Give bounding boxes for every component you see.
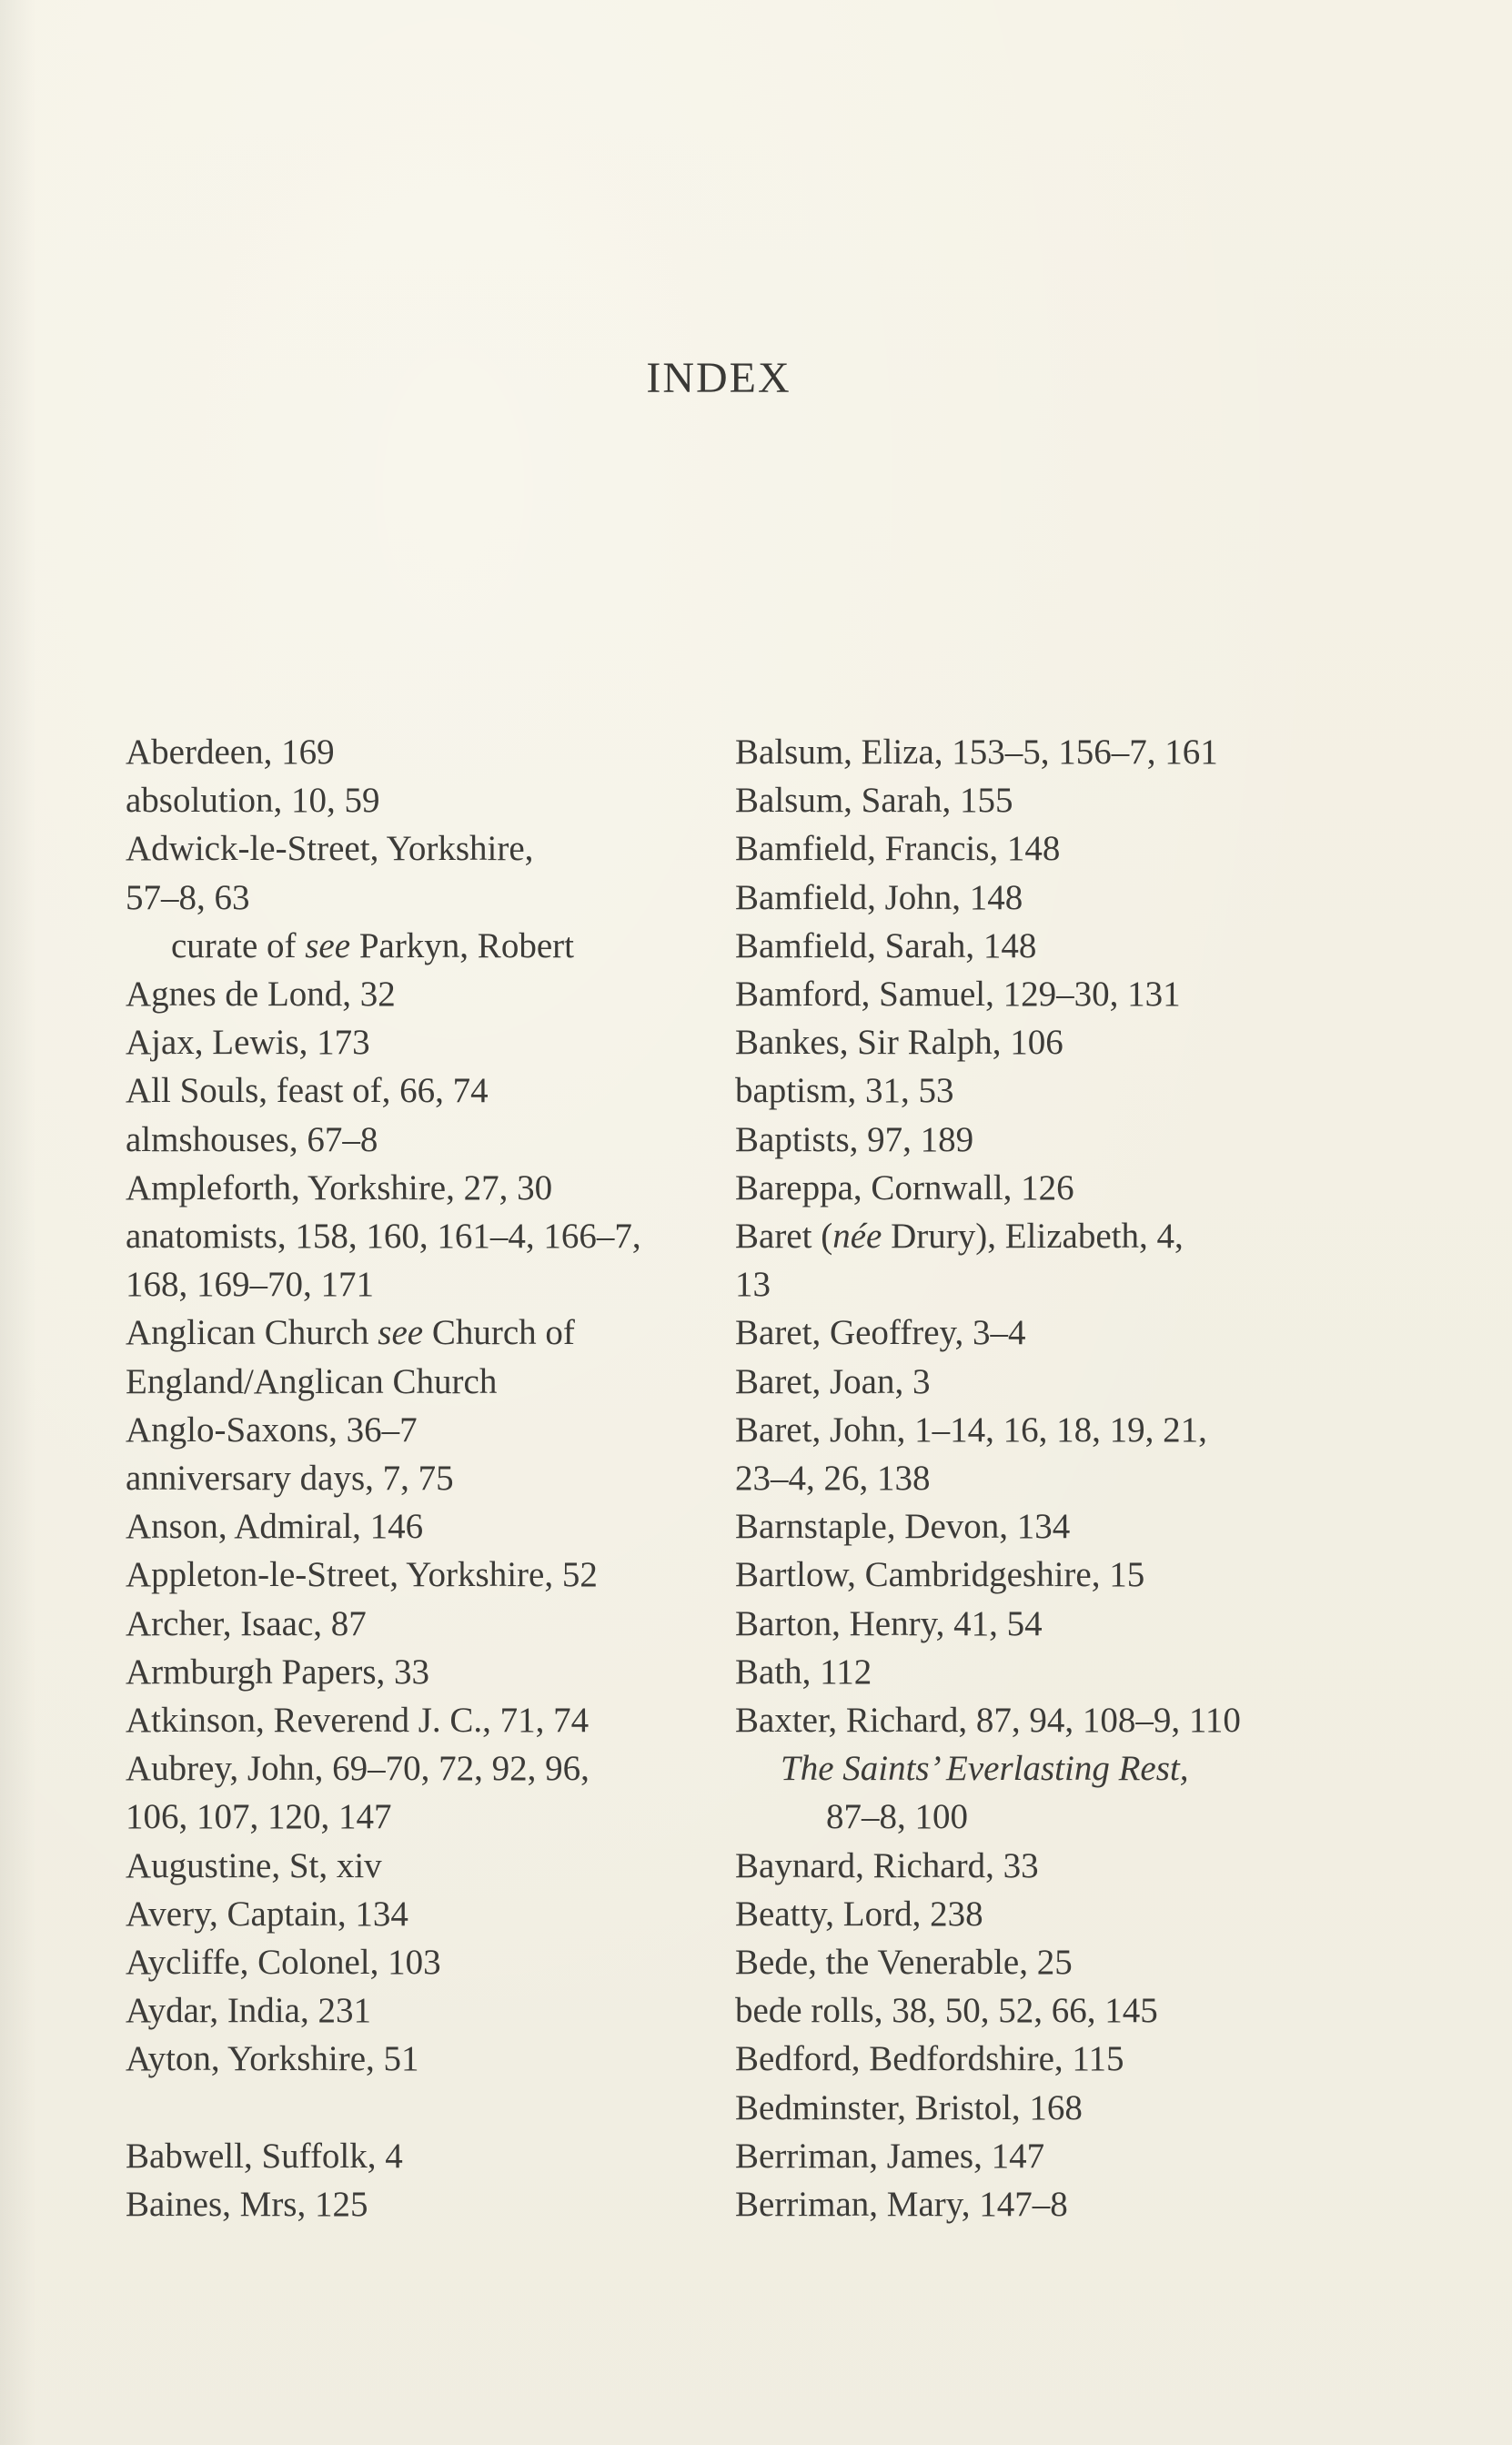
index-entry-text: Archer, Isaac, 87 (171, 1600, 744, 1648)
index-entry: almshouses, 67–8 (126, 1116, 744, 1164)
index-entry: Baptists, 97, 189 (735, 1116, 1354, 1164)
index-entry-text: Avery, Captain, 134 (171, 1890, 744, 1938)
index-entry: Aydar, India, 231 (126, 1986, 744, 2035)
index-subentry: curate of see Parkyn, Robert (126, 922, 744, 970)
index-entry: Bedford, Bedfordshire, 115 (735, 2035, 1354, 2083)
index-entry: Adwick-le-Street, Yorkshire,57–8, 63 (126, 824, 744, 921)
index-entry-text: Baynard, Richard, 33 (781, 1842, 1354, 1890)
index-entry-text: Ajax, Lewis, 173 (171, 1018, 744, 1066)
index-entry-text: Baxter, Richard, 87, 94, 108–9, 110 (781, 1696, 1354, 1744)
index-entry-text: Baptists, 97, 189 (781, 1116, 1354, 1164)
index-entry: Aberdeen, 169 (126, 728, 744, 776)
index-entry-text: absolution, 10, 59 (171, 776, 744, 824)
index-entry-text: Bedminster, Bristol, 168 (781, 2084, 1354, 2132)
index-entry-continuation: 13 (781, 1260, 1354, 1308)
index-entry-continuation: 23–4, 26, 138 (781, 1454, 1354, 1502)
index-entry: Bamfield, Francis, 148 (735, 824, 1354, 873)
index-entry-text: Berriman, James, 147 (781, 2132, 1354, 2180)
index-entry: Babwell, Suffolk, 4 (126, 2132, 744, 2180)
index-column-left: Aberdeen, 169absolution, 10, 59Adwick-le… (126, 728, 744, 2228)
index-entry-text: Atkinson, Reverend J. C., 71, 74 (171, 1696, 744, 1744)
index-entry-text: Adwick-le-Street, Yorkshire, (171, 824, 744, 873)
letter-group-gap (126, 2084, 744, 2132)
index-entry-text: Bareppa, Cornwall, 126 (781, 1164, 1354, 1212)
index-entry: Bankes, Sir Ralph, 106 (735, 1018, 1354, 1066)
page-title: INDEX (0, 353, 1437, 403)
index-entry: anatomists, 158, 160, 161–4, 166–7,168, … (126, 1212, 744, 1308)
index-entry: Archer, Isaac, 87 (126, 1600, 744, 1648)
index-entry: Augustine, St, xiv (126, 1842, 744, 1890)
index-entry: Baret (née Drury), Elizabeth, 4,13 (735, 1212, 1354, 1308)
index-entry: bede rolls, 38, 50, 52, 66, 145 (735, 1986, 1354, 2035)
index-entry: Aycliffe, Colonel, 103 (126, 1938, 744, 1986)
index-entry-text: anniversary days, 7, 75 (171, 1454, 744, 1502)
index-entry: Baynard, Richard, 33 (735, 1842, 1354, 1890)
index-entry: Bedminster, Bristol, 168 (735, 2084, 1354, 2132)
index-entry-text: Balsum, Sarah, 155 (781, 776, 1354, 824)
index-entry-text: Aycliffe, Colonel, 103 (171, 1938, 744, 1986)
index-entry-text: Anglican Church see Church of (171, 1308, 744, 1357)
index-entry: Anson, Admiral, 146 (126, 1502, 744, 1551)
index-entry: Anglican Church see Church ofEngland/Ang… (126, 1308, 744, 1405)
index-subentry: The Saints’ Everlasting Rest,87–8, 100 (735, 1744, 1354, 1841)
index-entry-text: Armburgh Papers, 33 (171, 1648, 744, 1696)
index-entry: Atkinson, Reverend J. C., 71, 74 (126, 1696, 744, 1744)
index-entry-continuation: 168, 169–70, 171 (171, 1260, 744, 1308)
index-entry: Barnstaple, Devon, 134 (735, 1502, 1354, 1551)
italic-term: see (305, 926, 350, 965)
index-entry-text: Bede, the Venerable, 25 (781, 1938, 1354, 1986)
index-entry-continuation: 87–8, 100 (826, 1793, 1354, 1841)
index-entry: Berriman, James, 147 (735, 2132, 1354, 2180)
index-entry: Avery, Captain, 134 (126, 1890, 744, 1938)
index-entry-text: baptism, 31, 53 (781, 1066, 1354, 1115)
index-entry-continuation: 106, 107, 120, 147 (171, 1793, 744, 1841)
index-entry-text: curate of see Parkyn, Robert (217, 922, 744, 970)
index-entry: Bede, the Venerable, 25 (735, 1938, 1354, 1986)
italic-term: The Saints’ Everlasting Rest, (781, 1749, 1188, 1788)
index-entry-text: Bankes, Sir Ralph, 106 (781, 1018, 1354, 1066)
index-entry-text: Bamfield, Francis, 148 (781, 824, 1354, 873)
index-entry-text: Aubrey, John, 69–70, 72, 92, 96, (171, 1744, 744, 1793)
index-entry-text: Berriman, Mary, 147–8 (781, 2180, 1354, 2228)
index-entry: Baret, Geoffrey, 3–4 (735, 1308, 1354, 1357)
index-entry: Baines, Mrs, 125 (126, 2180, 744, 2228)
index-entry-text: Aberdeen, 169 (171, 728, 744, 776)
index-entry-text: The Saints’ Everlasting Rest, (826, 1744, 1354, 1793)
index-entry: Baxter, Richard, 87, 94, 108–9, 110 (735, 1696, 1354, 1744)
index-entry: Ajax, Lewis, 173 (126, 1018, 744, 1066)
index-entry: Bamford, Samuel, 129–30, 131 (735, 970, 1354, 1018)
index-entry-text: Barton, Henry, 41, 54 (781, 1600, 1354, 1648)
index-entry-continuation: 57–8, 63 (171, 874, 744, 922)
index-entry-text: Baines, Mrs, 125 (171, 2180, 744, 2228)
index-entry-text: Beatty, Lord, 238 (781, 1890, 1354, 1938)
index-entry-text: anatomists, 158, 160, 161–4, 166–7, (171, 1212, 744, 1260)
index-entry: Beatty, Lord, 238 (735, 1890, 1354, 1938)
index-entry-text: Bath, 112 (781, 1648, 1354, 1696)
italic-term: née (832, 1217, 882, 1256)
italic-term: see (378, 1313, 423, 1352)
index-entry: Ayton, Yorkshire, 51 (126, 2035, 744, 2083)
index-entry: Bareppa, Cornwall, 126 (735, 1164, 1354, 1212)
index-entry: Baret, John, 1–14, 16, 18, 19, 21,23–4, … (735, 1406, 1354, 1502)
index-entry: Bamfield, Sarah, 148 (735, 922, 1354, 970)
index-column-right: Balsum, Eliza, 153–5, 156–7, 161Balsum, … (735, 728, 1354, 2228)
index-entry-text: bede rolls, 38, 50, 52, 66, 145 (781, 1986, 1354, 2035)
index-entry-text: Anglo-Saxons, 36–7 (171, 1406, 744, 1454)
index-entry: Balsum, Sarah, 155 (735, 776, 1354, 824)
index-entry-text: All Souls, feast of, 66, 74 (171, 1066, 744, 1115)
index-entry: Baret, Joan, 3 (735, 1358, 1354, 1406)
index-entry-text: Barnstaple, Devon, 134 (781, 1502, 1354, 1551)
index-entry-text: Baret (née Drury), Elizabeth, 4, (781, 1212, 1354, 1260)
index-entry: Anglo-Saxons, 36–7 (126, 1406, 744, 1454)
index-entry-text: Ayton, Yorkshire, 51 (171, 2035, 744, 2083)
index-entry-text: Appleton-le-Street, Yorkshire, 52 (171, 1551, 744, 1599)
index-entry-text: Aydar, India, 231 (171, 1986, 744, 2035)
index-entry: All Souls, feast of, 66, 74 (126, 1066, 744, 1115)
index-entry-text: Agnes de Lond, 32 (171, 970, 744, 1018)
index-entry-text: Bamfield, Sarah, 148 (781, 922, 1354, 970)
index-entry: Barton, Henry, 41, 54 (735, 1600, 1354, 1648)
index-entry: absolution, 10, 59 (126, 776, 744, 824)
index-entry-text: Balsum, Eliza, 153–5, 156–7, 161 (781, 728, 1354, 776)
index-entry: Bartlow, Cambridgeshire, 15 (735, 1551, 1354, 1599)
index-entry: Aubrey, John, 69–70, 72, 92, 96,106, 107… (126, 1744, 744, 1841)
index-entry-text: Ampleforth, Yorkshire, 27, 30 (171, 1164, 744, 1212)
index-entry-text: Baret, Geoffrey, 3–4 (781, 1308, 1354, 1357)
index-entry-text: Baret, John, 1–14, 16, 18, 19, 21, (781, 1406, 1354, 1454)
index-entry: Ampleforth, Yorkshire, 27, 30 (126, 1164, 744, 1212)
index-entry: Berriman, Mary, 147–8 (735, 2180, 1354, 2228)
index-entry-text: Bamfield, John, 148 (781, 874, 1354, 922)
index-entry: anniversary days, 7, 75 (126, 1454, 744, 1502)
index-entry-text: Bedford, Bedfordshire, 115 (781, 2035, 1354, 2083)
index-entry: baptism, 31, 53 (735, 1066, 1354, 1115)
index-entry-continuation: England/Anglican Church (171, 1358, 744, 1406)
index-entry-text: Bamford, Samuel, 129–30, 131 (781, 970, 1354, 1018)
index-entry-text: almshouses, 67–8 (171, 1116, 744, 1164)
index-entry-text: Anson, Admiral, 146 (171, 1502, 744, 1551)
index-entry-text: Bartlow, Cambridgeshire, 15 (781, 1551, 1354, 1599)
index-entry-text: Baret, Joan, 3 (781, 1358, 1354, 1406)
index-entry: Bath, 112 (735, 1648, 1354, 1696)
index-entry: Bamfield, John, 148 (735, 874, 1354, 922)
index-entry: Armburgh Papers, 33 (126, 1648, 744, 1696)
index-entry-text: Babwell, Suffolk, 4 (171, 2132, 744, 2180)
index-entry: Balsum, Eliza, 153–5, 156–7, 161 (735, 728, 1354, 776)
index-entry: Appleton-le-Street, Yorkshire, 52 (126, 1551, 744, 1599)
index-entry-text: Augustine, St, xiv (171, 1842, 744, 1890)
index-entry: Agnes de Lond, 32 (126, 970, 744, 1018)
